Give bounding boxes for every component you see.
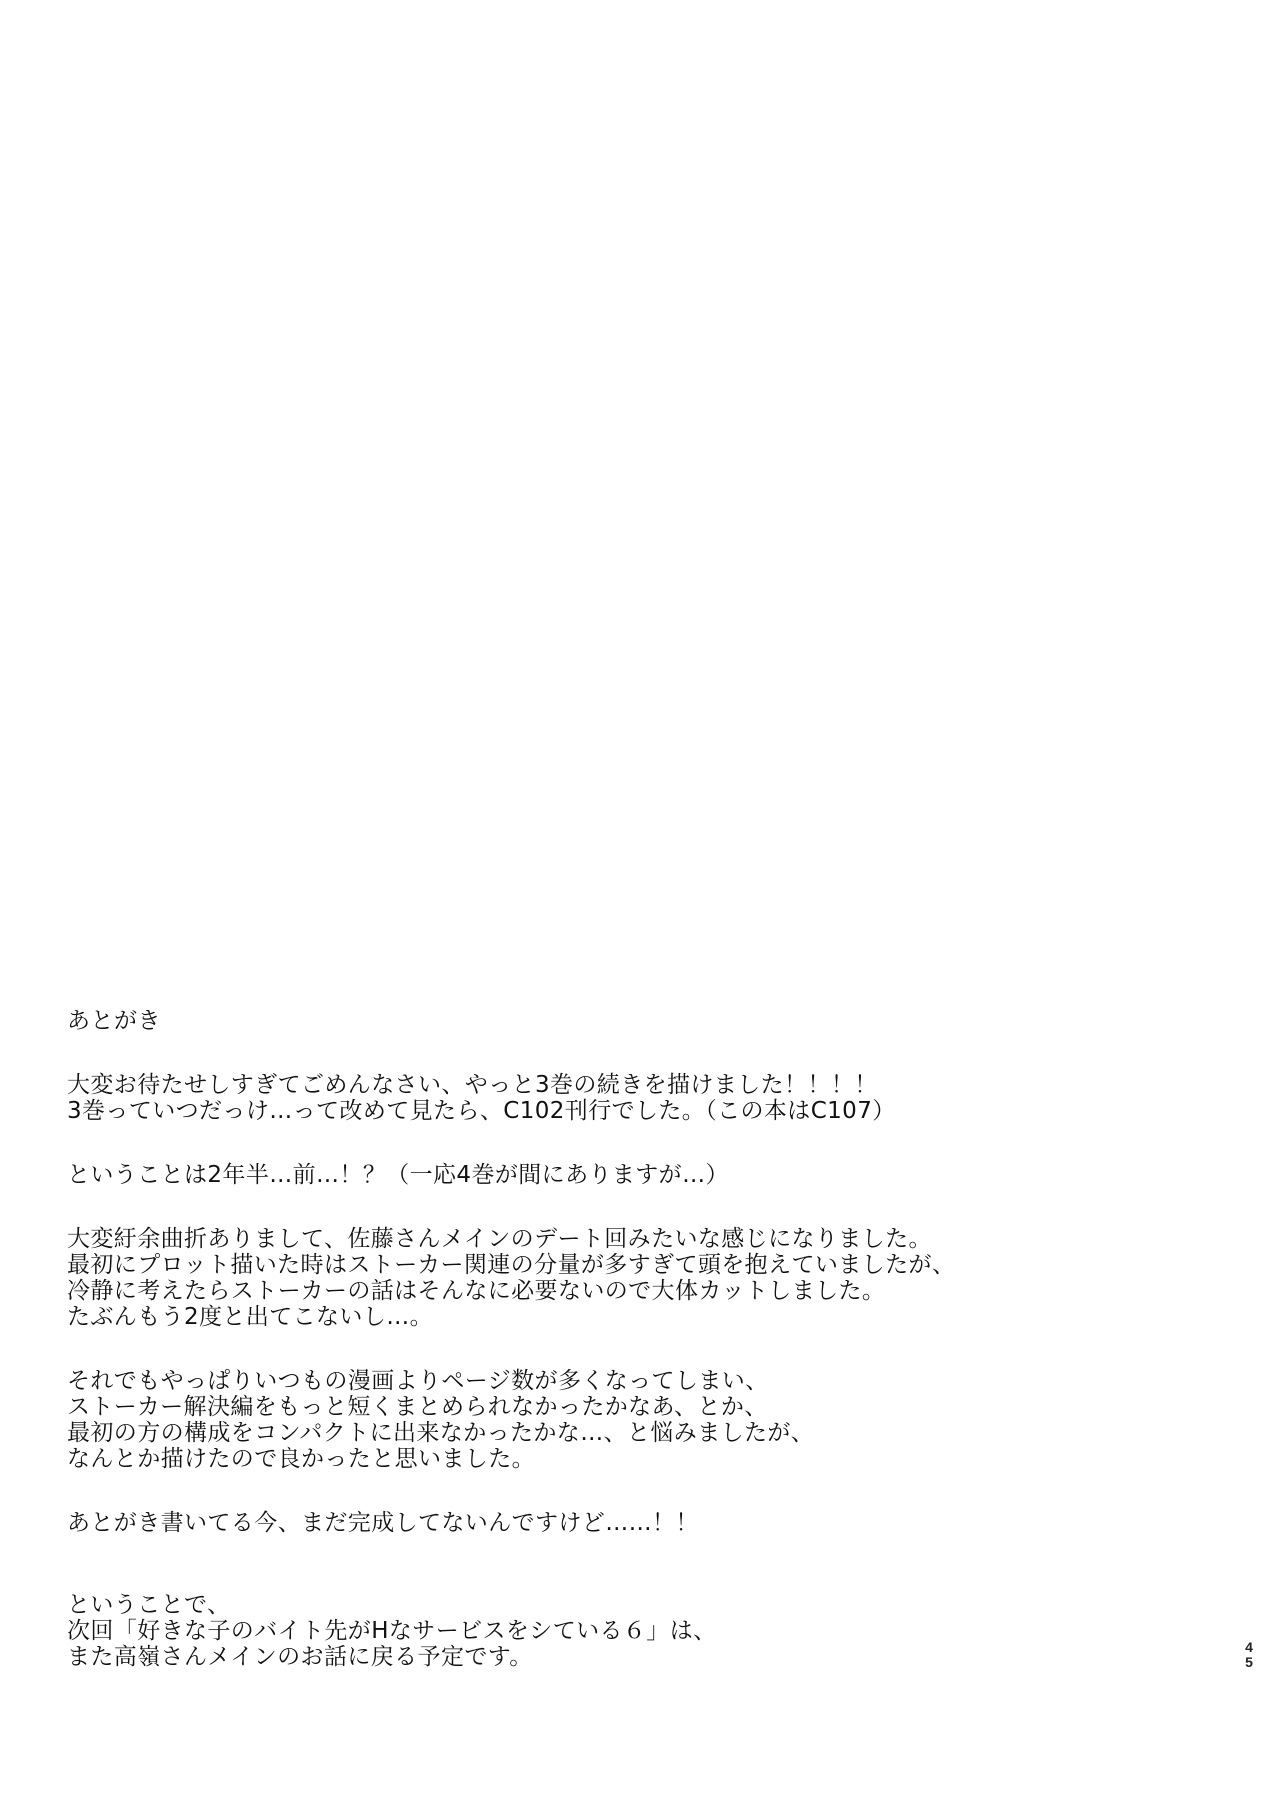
text-line: ストーカー解決編をもっと短くまとめられなかったかなあ、とか、 xyxy=(67,1394,1187,1420)
afterword-text-block: あとがき 大変お待たせしすぎてごめんなさい、やっと3巻の続きを描けました！！！！… xyxy=(67,1008,1187,1708)
text-line: それでもやっぱりいつもの漫画よりページ数が多くなってしまい、 xyxy=(67,1368,1187,1394)
paragraph-time-passed: ということは2年半…前…！？（一応4巻が間にありますが…） xyxy=(67,1162,1187,1188)
text-line: 最初の方の構成をコンパクトに出来なかったかな…、と悩みましたが、 xyxy=(67,1420,1187,1446)
text-line: ということは2年半…前…！？（一応4巻が間にありますが…） xyxy=(67,1162,1187,1188)
text-line: なんとか描けたので良かったと思いました。 xyxy=(67,1446,1187,1472)
text-line: 次回「好きな子のバイト先がHなサービスをシている６」は、 xyxy=(67,1618,1187,1644)
paragraph-page-count: それでもやっぱりいつもの漫画よりページ数が多くなってしまい、 ストーカー解決編を… xyxy=(67,1368,1187,1472)
text-line: ということで、 xyxy=(67,1592,1187,1618)
text-line: 大変紆余曲折ありまして、佐藤さんメインのデート回みたいな感じになりました。 xyxy=(67,1226,1187,1252)
paragraph-apology: 大変お待たせしすぎてごめんなさい、やっと3巻の続きを描けました！！！！ 3巻って… xyxy=(67,1072,1187,1124)
paragraph-story-changes: 大変紆余曲折ありまして、佐藤さんメインのデート回みたいな感じになりました。 最初… xyxy=(67,1226,1187,1330)
text-line: また高嶺さんメインのお話に戻る予定です。 xyxy=(67,1644,1187,1670)
text-line: 最初にプロット描いた時はストーカー関連の分量が多すぎて頭を抱えていましたが、 xyxy=(67,1252,1187,1278)
page-number-digit: 5 xyxy=(1242,1655,1256,1670)
page-number: 4 5 xyxy=(1242,1640,1256,1670)
manga-afterword-page: あとがき 大変お待たせしすぎてごめんなさい、やっと3巻の続きを描けました！！！！… xyxy=(0,0,1280,1807)
paragraph-next-volume: ということで、 次回「好きな子のバイト先がHなサービスをシている６」は、 また高… xyxy=(67,1592,1187,1670)
text-line: あとがき書いてる今、まだ完成してないんですけど……！！ xyxy=(67,1510,1187,1536)
page-number-digit: 4 xyxy=(1242,1640,1256,1655)
text-line: 冷静に考えたらストーカーの話はそんなに必要ないので大体カットしました。 xyxy=(67,1278,1187,1304)
text-line: たぶんもう2度と出てこないし…。 xyxy=(67,1304,1187,1330)
text-line: 3巻っていつだっけ…って改めて見たら、C102刊行でした。（この本はC107） xyxy=(67,1098,1187,1124)
text-line: 大変お待たせしすぎてごめんなさい、やっと3巻の続きを描けました！！！！ xyxy=(67,1072,1187,1098)
paragraph-not-finished: あとがき書いてる今、まだ完成してないんですけど……！！ xyxy=(67,1510,1187,1536)
afterword-heading: あとがき xyxy=(67,1008,1187,1034)
